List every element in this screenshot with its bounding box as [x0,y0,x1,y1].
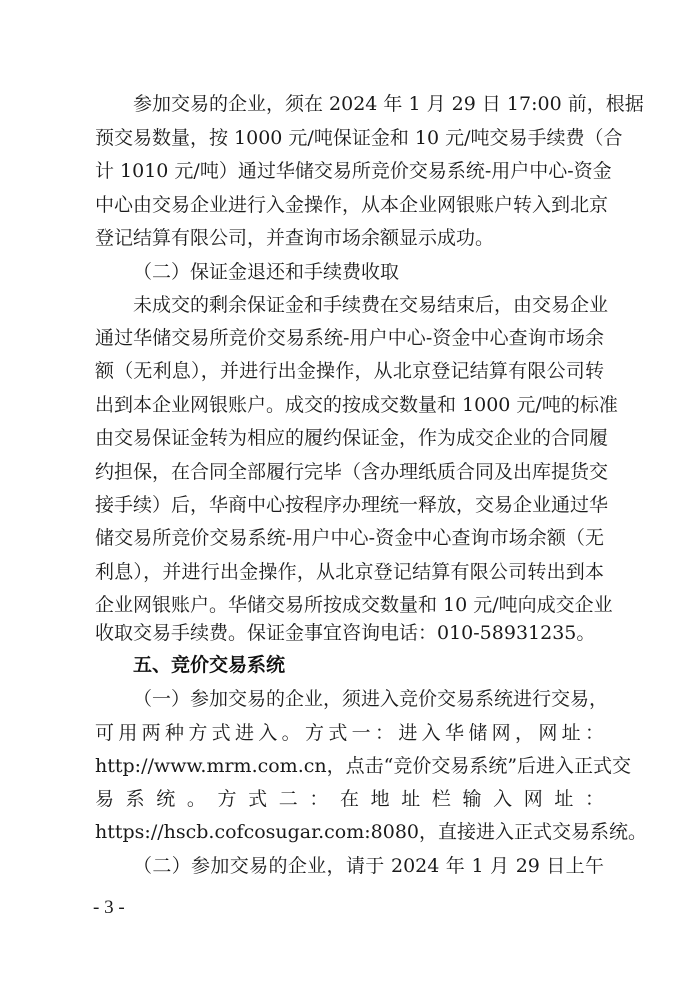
text-line: 额（无利息），并进行出金操作，从北京登记结算有限公司转 [95,354,604,388]
text-line: 登记结算有限公司，并查询市场余额显示成功。 [95,221,604,255]
text-line: 约担保，在合同全部履行完毕（含办理纸质合同及出库提货交 [95,455,604,489]
text-line: http://www.mrm.com.cn，点击“竞价交易系统”后进入正式交 [95,749,604,783]
text-line: 计 1010 元/吨）通过华储交易所竞价交易系统-用户中心-资金 [95,154,604,188]
text-line: 通过华储交易所竞价交易系统-用户中心-资金中心查询市场余 [95,321,604,355]
text-line: （一）参加交易的企业，须进入竞价交易系统进行交易， [133,682,604,716]
text-line: 出到本企业网银账户。成交的按成交数量和 1000 元/吨的标准 [95,388,604,422]
section-heading: 五、竞价交易系统 [133,648,604,682]
text-line: 利息），并进行出金操作，从北京登记结算有限公司转出到本 [95,555,604,589]
text-line: https://hscb.cofcosugar.com:8080，直接进入正式交… [95,815,604,849]
document-page: 参加交易的企业，须在 2024 年 1 月 29 日 17:00 前，根据预交易… [0,0,700,989]
text-line: 接手续）后，华商中心按程序办理统一释放，交易企业通过华 [95,488,604,522]
text-line: 储交易所竞价交易系统-用户中心-资金中心查询市场余额（无 [95,521,604,555]
text-line: 未成交的剩余保证金和手续费在交易结束后，由交易企业 [133,288,604,322]
text-line: 易系统。方式二：在地址栏输入网址： [95,782,604,816]
text-line: 参加交易的企业，须在 2024 年 1 月 29 日 17:00 前，根据 [133,87,604,121]
text-line: （二）保证金退还和手续费收取 [133,255,604,289]
text-line: 由交易保证金转为相应的履约保证金，作为成交企业的合同履 [95,421,604,455]
page-number: - 3 - [93,896,125,920]
text-line: 预交易数量，按 1000 元/吨保证金和 10 元/吨交易手续费（合 [95,121,604,155]
text-line: 可用两种方式进入。方式一：进入华储网，网址： [95,716,604,750]
text-line: 收取交易手续费。保证金事宜咨询电话：010-58931235。 [95,616,604,650]
text-line: 中心由交易企业进行入金操作，从本企业网银账户转入到北京 [95,188,604,222]
text-line: （二）参加交易的企业，请于 2024 年 1 月 29 日上午 [133,849,604,883]
